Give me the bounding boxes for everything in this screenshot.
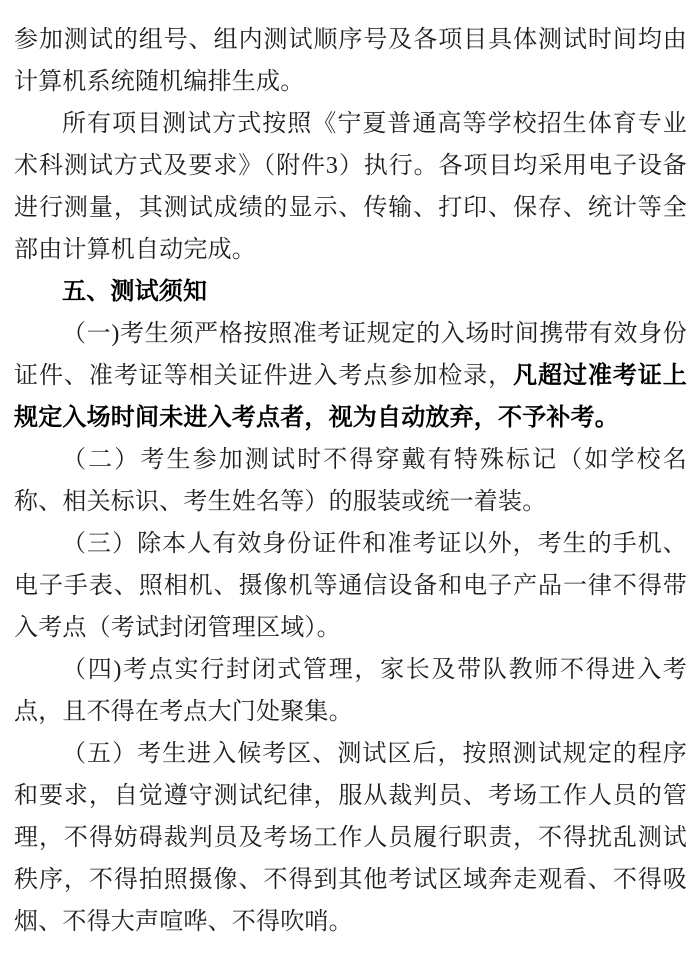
document-page: 参加测试的组号、组内测试顺序号及各项目具体测试时间均由计算机系统随机编排生成。所… <box>0 0 700 972</box>
section-heading: 五、测试须知 <box>14 271 687 313</box>
text-run: （五）考生进入候考区、测试区后，按照测试规定的程序和要求，自觉遵守测试纪律，服从… <box>14 741 687 935</box>
paragraph: （五）考生进入候考区、测试区后，按照测试规定的程序和要求，自觉遵守测试纪律，服从… <box>14 733 687 943</box>
text-run: （四)考点实行封闭式管理，家长及带队教师不得进入考点，且不得在考点大门处聚集。 <box>14 657 687 725</box>
paragraph: 参加测试的组号、组内测试顺序号及各项目具体测试时间均由计算机系统随机编排生成。 <box>14 19 687 103</box>
paragraph: （四)考点实行封闭式管理，家长及带队教师不得进入考点，且不得在考点大门处聚集。 <box>14 649 687 733</box>
text-run: 五、测试须知 <box>62 279 207 305</box>
paragraph: （二）考生参加测试时不得穿戴有特殊标记（如学校名称、相关标识、考生姓名等）的服装… <box>14 439 687 523</box>
text-run: 参加测试的组号、组内测试顺序号及各项目具体测试时间均由计算机系统随机编排生成。 <box>14 27 687 95</box>
text-run: 所有项目测试方式按照《宁夏普通高等学校招生体育专业术科测试方式及要求》（附件3）… <box>14 111 687 263</box>
paragraph: （三）除本人有效身份证件和准考证以外，考生的手机、电子手表、照相机、摄像机等通信… <box>14 523 687 649</box>
document-body: 参加测试的组号、组内测试顺序号及各项目具体测试时间均由计算机系统随机编排生成。所… <box>14 19 687 943</box>
paragraph: （一)考生须严格按照准考证规定的入场时间携带有效身份证件、准考证等相关证件进入考… <box>14 313 687 439</box>
paragraph: 所有项目测试方式按照《宁夏普通高等学校招生体育专业术科测试方式及要求》（附件3）… <box>14 103 687 271</box>
text-run: （三）除本人有效身份证件和准考证以外，考生的手机、电子手表、照相机、摄像机等通信… <box>14 531 687 641</box>
text-run: （二）考生参加测试时不得穿戴有特殊标记（如学校名称、相关标识、考生姓名等）的服装… <box>14 447 687 515</box>
